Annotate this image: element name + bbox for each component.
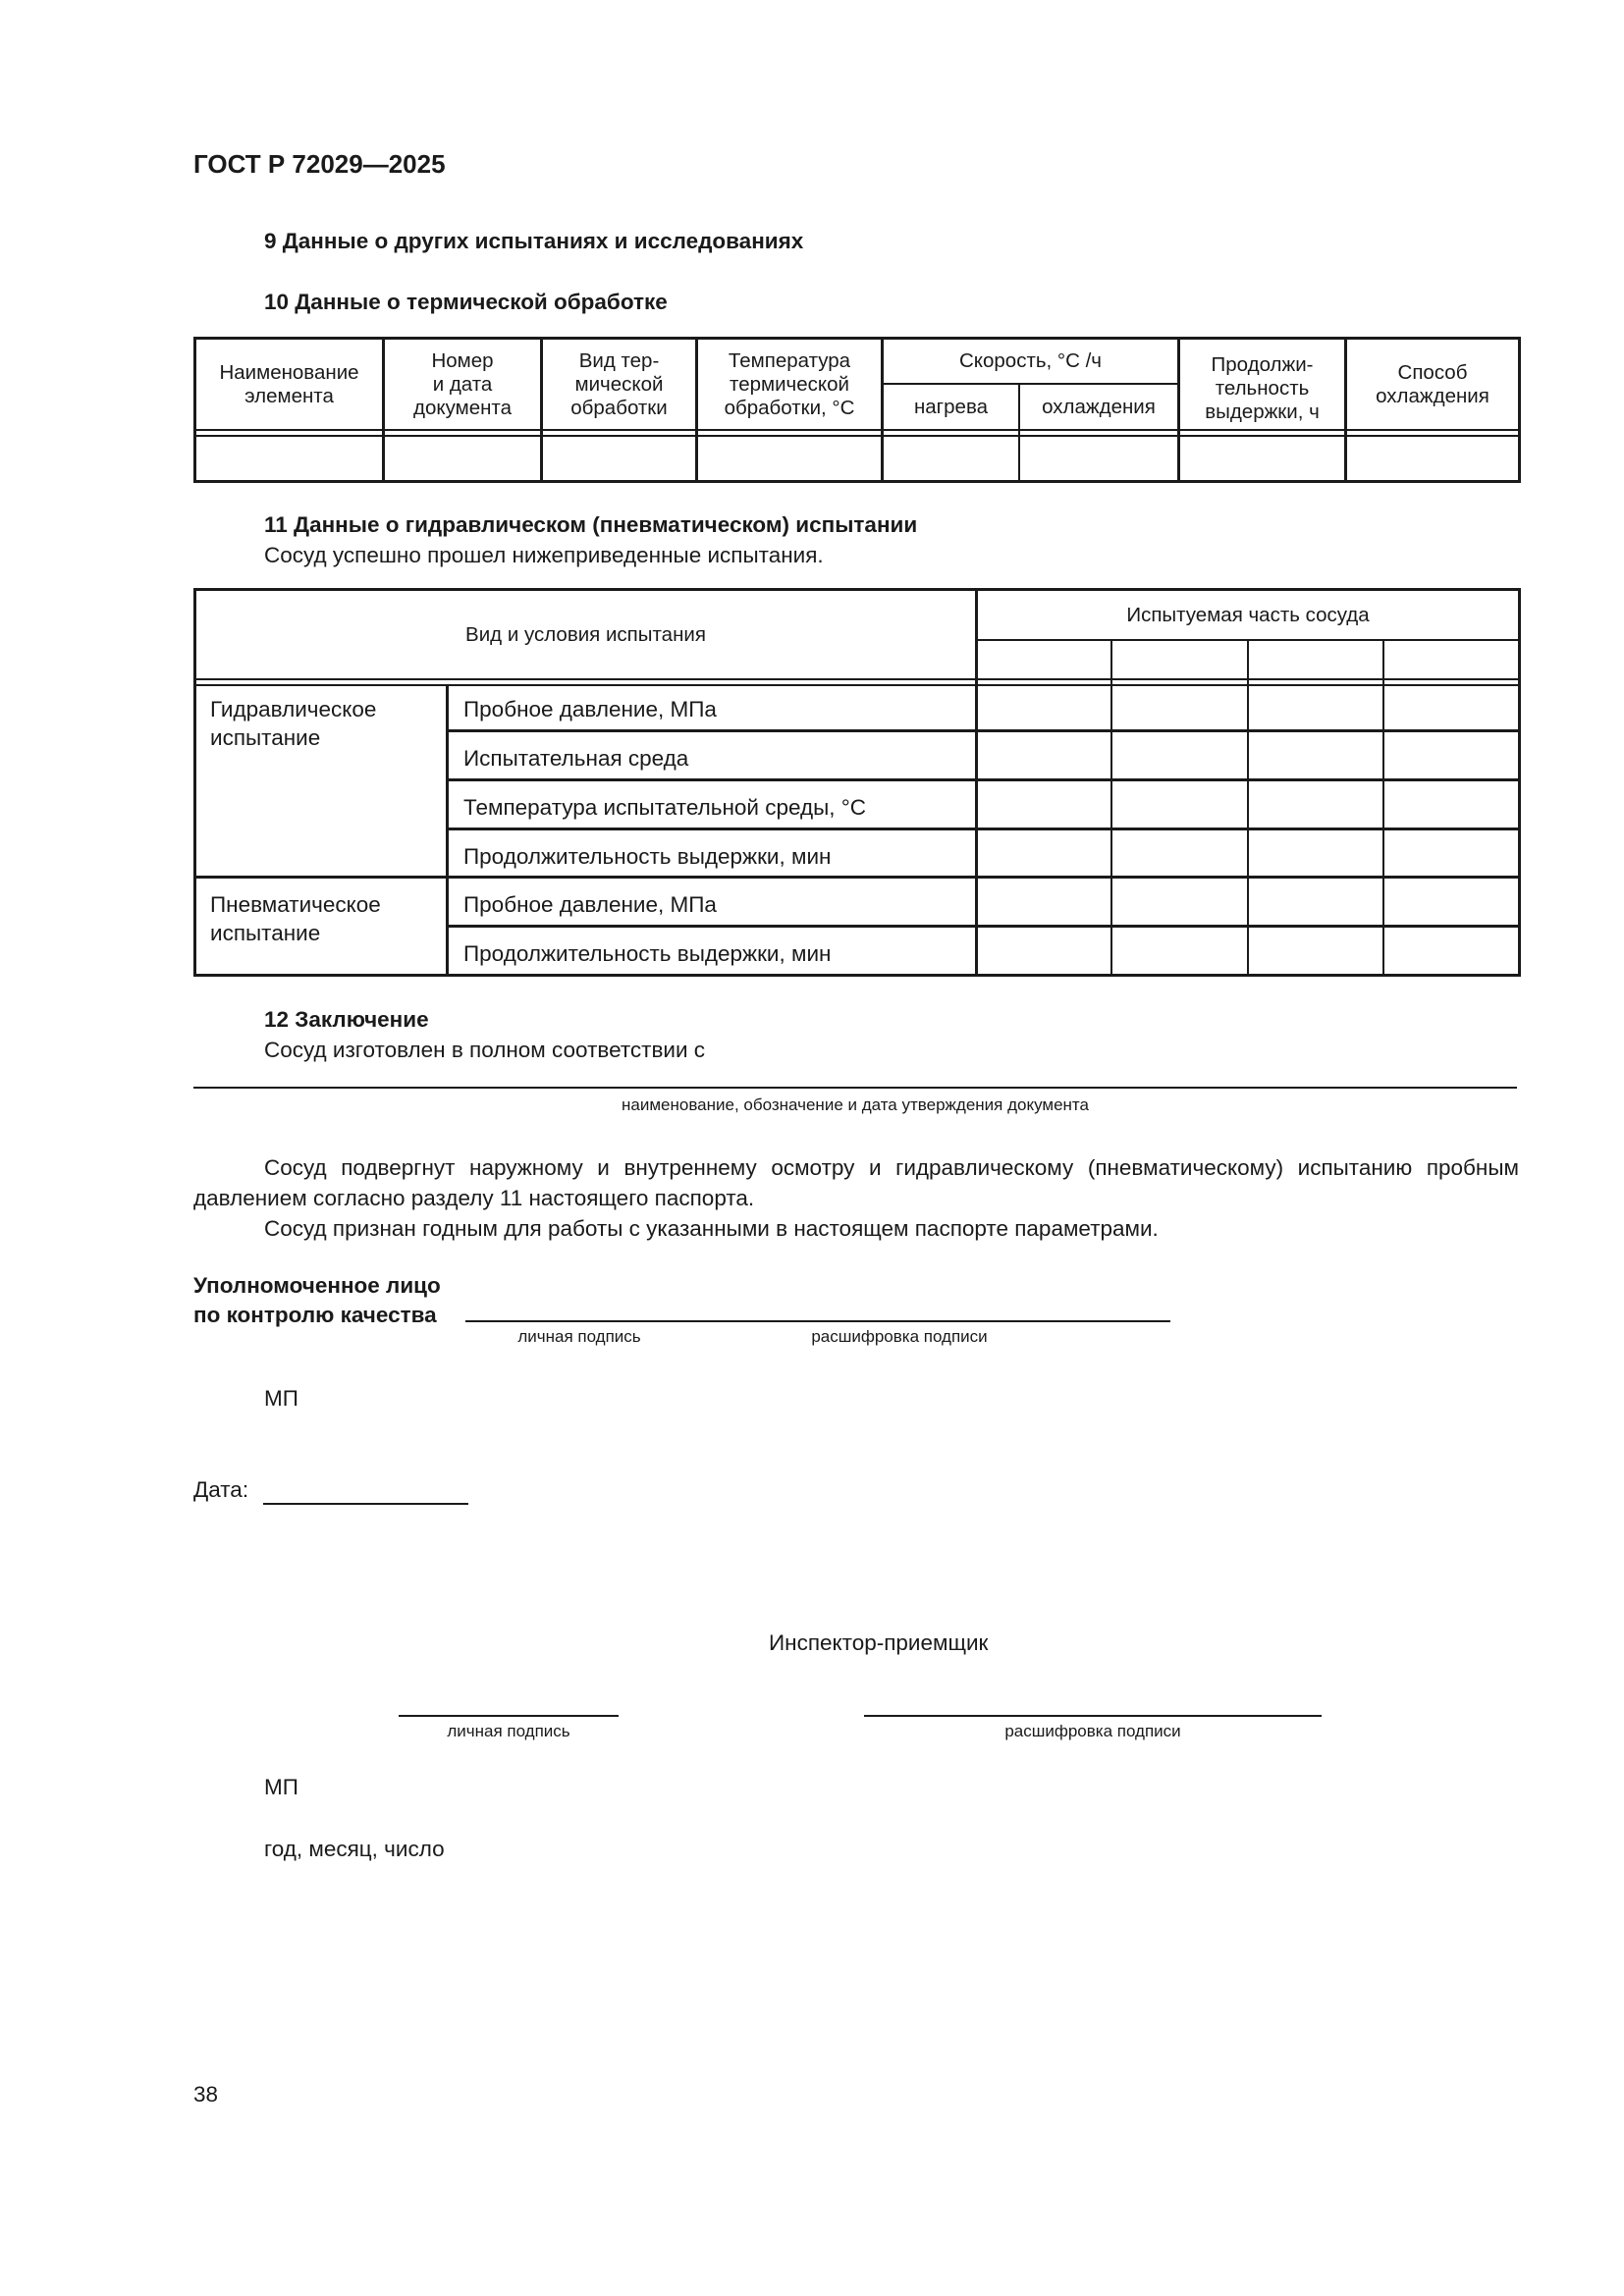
- qc-label-line-2: по контролю качества: [193, 1303, 437, 1328]
- header-speed-heating: нагрева: [884, 385, 1018, 429]
- row-label-test-pressure: Пробное давление, МПа: [463, 695, 717, 723]
- test-value-cell[interactable]: [1384, 781, 1518, 828]
- table-border-bottom: [193, 974, 1521, 977]
- cell-treatment-temp[interactable]: [698, 438, 881, 480]
- tested-part-column-1[interactable]: [978, 642, 1110, 678]
- cell-doc-number-date[interactable]: [385, 438, 540, 480]
- test-value-cell[interactable]: [978, 781, 1110, 828]
- inspector-title: Инспектор-приемщик: [769, 1630, 988, 1656]
- test-value-cell[interactable]: [1249, 928, 1382, 974]
- header-element-name: Наименование элемента: [196, 340, 382, 429]
- row-label-hold-duration: Продолжительность выдержки, мин: [463, 842, 831, 871]
- conclusion-paragraph-1: Сосуд подвергнут наружному и внутреннему…: [193, 1152, 1519, 1213]
- section-11-title: 11 Данные о гидравлическом (пневматическ…: [264, 512, 917, 538]
- header-treatment-type: Вид тер- мической обработки: [543, 340, 695, 429]
- tested-part-column-2[interactable]: [1112, 642, 1247, 678]
- test-value-cell[interactable]: [1112, 732, 1247, 778]
- row-label-test-medium: Испытательная среда: [463, 744, 688, 773]
- test-value-cell[interactable]: [978, 732, 1110, 778]
- cell-cooling-method[interactable]: [1347, 438, 1518, 480]
- tested-part-column-3[interactable]: [1249, 642, 1382, 678]
- test-value-cell[interactable]: [978, 879, 1110, 925]
- compliance-underline: [193, 1087, 1517, 1089]
- test-value-cell[interactable]: [1249, 781, 1382, 828]
- test-value-cell[interactable]: [1384, 732, 1518, 778]
- cell-element-name[interactable]: [196, 438, 382, 480]
- test-value-cell[interactable]: [1249, 879, 1382, 925]
- inspector-stamp-label: МП: [264, 1775, 298, 1800]
- header-treatment-temp: Температура термической обработки, °C: [698, 340, 881, 429]
- cell-speed-heating[interactable]: [884, 438, 1018, 480]
- compliance-document-field[interactable]: [193, 1058, 1517, 1086]
- test-value-cell[interactable]: [1384, 879, 1518, 925]
- qc-date-line: [263, 1503, 468, 1505]
- test-value-cell[interactable]: [1384, 830, 1518, 876]
- inspector-signature-line: [399, 1715, 619, 1717]
- section-10-title: 10 Данные о термической обработке: [264, 290, 668, 315]
- qc-name-field[interactable]: [628, 1292, 1170, 1319]
- cell-treatment-type[interactable]: [543, 438, 695, 480]
- table-border-right: [1518, 588, 1521, 977]
- header-speed-group: Скорость, °C /ч: [884, 340, 1177, 383]
- test-value-cell[interactable]: [1112, 686, 1247, 729]
- test-value-cell[interactable]: [1112, 928, 1247, 974]
- conclusion-paragraph-2: Сосуд признан годным для работы с указан…: [193, 1213, 1519, 1244]
- cell-hold-duration[interactable]: [1180, 438, 1344, 480]
- group-pneumatic-test: Пневматическое испытание: [210, 890, 381, 947]
- col-divider: [446, 686, 449, 977]
- test-value-cell[interactable]: [1249, 830, 1382, 876]
- header-speed-cooling: охлаждения: [1020, 385, 1177, 429]
- test-value-cell[interactable]: [1249, 686, 1382, 729]
- inspector-name-field[interactable]: [864, 1686, 1322, 1714]
- table-border-right: [1518, 337, 1521, 483]
- table-header-double-line-1: [193, 678, 1521, 680]
- header-doc-number-date: Номер и дата документа: [385, 340, 540, 429]
- qc-name-line: [628, 1320, 1170, 1322]
- test-value-cell[interactable]: [1384, 928, 1518, 974]
- test-value-cell[interactable]: [1112, 830, 1247, 876]
- test-value-cell[interactable]: [1384, 686, 1518, 729]
- test-value-cell[interactable]: [1112, 879, 1247, 925]
- table-border-bottom: [193, 480, 1521, 483]
- header-cooling-method: Способ охлаждения: [1347, 340, 1518, 429]
- qc-date-label: Дата:: [193, 1477, 248, 1503]
- qc-date-field[interactable]: [263, 1474, 468, 1502]
- table-header-double-line-2: [193, 435, 1521, 437]
- inspector-signature-caption: личная подпись: [399, 1722, 619, 1741]
- row-label-medium-temperature: Температура испытательной среды, °C: [463, 793, 866, 822]
- table-subheader-line: [977, 639, 1521, 641]
- section-12-title: 12 Заключение: [264, 1007, 429, 1033]
- inspector-signature-field[interactable]: [399, 1686, 619, 1714]
- qc-name-caption: расшифровка подписи: [628, 1327, 1170, 1347]
- conclusion-paragraph-2-text: Сосуд признан годным для работы с указан…: [264, 1216, 1159, 1241]
- row-label-test-pressure: Пробное давление, МПа: [463, 890, 717, 919]
- conclusion-paragraph-1-text: Сосуд подвергнут наружному и внутреннему…: [193, 1155, 1519, 1210]
- header-tested-part: Испытуемая часть сосуда: [978, 591, 1518, 639]
- inspector-date-caption: год, месяц, число: [264, 1837, 445, 1862]
- page-number: 38: [193, 2082, 218, 2108]
- test-value-cell[interactable]: [1249, 732, 1382, 778]
- qc-stamp-label: МП: [264, 1386, 298, 1412]
- header-hold-duration: Продолжи- тельность выдержки, ч: [1180, 344, 1344, 433]
- section-11-intro: Сосуд успешно прошел нижеприведенные исп…: [264, 543, 824, 568]
- test-value-cell[interactable]: [978, 830, 1110, 876]
- cell-speed-cooling[interactable]: [1020, 438, 1177, 480]
- test-value-cell[interactable]: [1112, 781, 1247, 828]
- test-value-cell[interactable]: [978, 928, 1110, 974]
- document-id: ГОСТ Р 72029—2025: [193, 149, 446, 180]
- group-hydraulic-test: Гидравлическое испытание: [210, 695, 376, 752]
- qc-label-line-1: Уполномоченное лицо: [193, 1273, 441, 1299]
- inspector-name-caption: расшифровка подписи: [864, 1722, 1322, 1741]
- compliance-caption: наименование, обозначение и дата утвержд…: [193, 1095, 1517, 1115]
- row-label-hold-duration: Продолжительность выдержки, мин: [463, 939, 831, 968]
- header-test-conditions: Вид и условия испытания: [196, 591, 975, 678]
- tested-part-column-4[interactable]: [1384, 642, 1518, 678]
- section-9-title: 9 Данные о других испытаниях и исследова…: [264, 229, 803, 254]
- inspector-name-line: [864, 1715, 1322, 1717]
- test-value-cell[interactable]: [978, 686, 1110, 729]
